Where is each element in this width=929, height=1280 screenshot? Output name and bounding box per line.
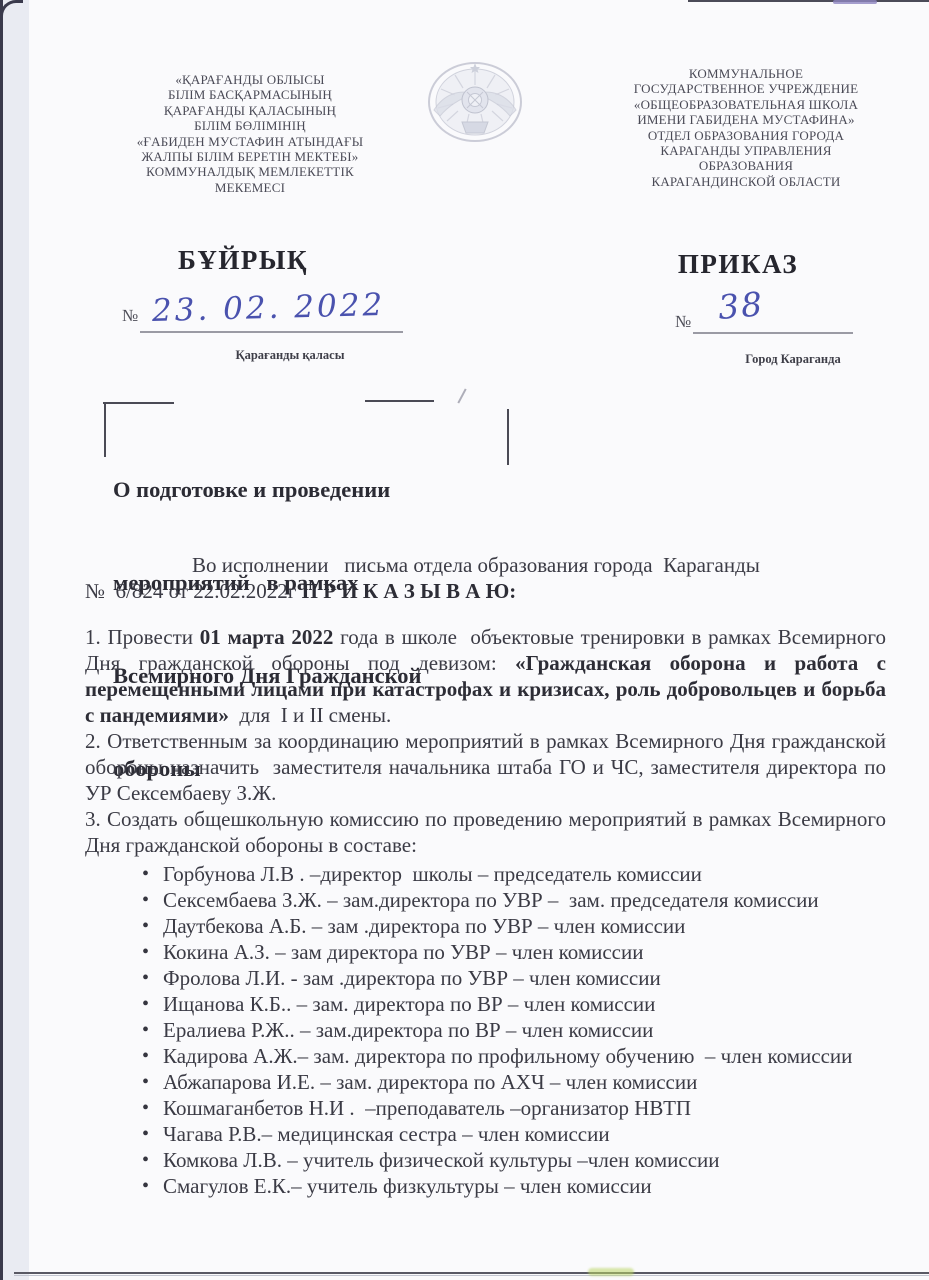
org-right-line: ОТДЕЛ ОБРАЗОВАНИЯ ГОРОДА bbox=[588, 128, 904, 143]
commission-member: Даутбекова А.Б. – зам .директора по УВР … bbox=[85, 913, 886, 939]
scan-smudge-top bbox=[833, 0, 877, 4]
scan-line-artifact bbox=[103, 402, 174, 404]
org-right-line: КАРАГАНДЫ УПРАВЛЕНИЯ bbox=[588, 143, 904, 158]
org-right-line: ГОСУДАРСТВЕННОЕ УЧРЕЖДЕНИЕ bbox=[588, 81, 904, 96]
org-name-kazakh: «ҚАРАҒАНДЫ ОБЛЫСЫ БІЛІМ БАСҚАРМАСЫНЫҢ ҚА… bbox=[96, 72, 404, 195]
commission-member: Комкова Л.В. – учитель физической культу… bbox=[85, 1147, 886, 1173]
number-sign-label: № bbox=[675, 312, 691, 332]
commission-member: Кокина А.З. – зам директора по УВР – чле… bbox=[85, 939, 886, 965]
scan-edge-bottom-shadow bbox=[14, 1275, 929, 1276]
number-sign-label: № bbox=[122, 306, 138, 326]
order-number-handwritten: 38 bbox=[716, 284, 765, 327]
commission-member: Ищанова К.Б.. – зам. директора по ВР – ч… bbox=[85, 991, 886, 1017]
order-title-russian: ПРИКАЗ bbox=[628, 249, 848, 280]
org-left-line: КОММУНАЛДЫҚ МЕМЛЕКЕТТІК bbox=[96, 164, 404, 179]
intro-paragraph: Во исполнении письма отдела образования … bbox=[85, 552, 886, 604]
scanned-order-document: «ҚАРАҒАНДЫ ОБЛЫСЫ БІЛІМ БАСҚАРМАСЫНЫҢ ҚА… bbox=[0, 0, 929, 1280]
order-item-2: 2. Ответственным за координацию мероприя… bbox=[85, 728, 886, 806]
org-name-russian: КОММУНАЛЬНОЕ ГОСУДАРСТВЕННОЕ УЧРЕЖДЕНИЕ … bbox=[588, 66, 904, 189]
org-right-line: ИМЕНИ ГАБИДЕНА МУСТАФИНА» bbox=[588, 112, 904, 127]
item1-date-bold: 01 марта 2022 bbox=[200, 625, 334, 649]
org-left-line: БІЛІМ БАСҚАРМАСЫНЫҢ bbox=[96, 87, 404, 102]
item1-text: 1. Провести bbox=[85, 625, 200, 649]
scan-edge-bottom bbox=[14, 1272, 929, 1274]
scan-line-artifact bbox=[365, 400, 434, 402]
number-underline bbox=[693, 332, 853, 334]
order-item-1: 1. Провести 01 марта 2022 года в школе о… bbox=[85, 624, 886, 728]
order-date-handwritten: 23. 02. 2022 bbox=[152, 287, 386, 329]
org-right-line: КОММУНАЛЬНОЕ bbox=[588, 66, 904, 81]
scan-edge-top-right bbox=[688, 0, 929, 2]
subject-line: О подготовке и проведении bbox=[113, 474, 523, 505]
org-left-line: БІЛІМ БӨЛІМІНІҢ bbox=[96, 118, 404, 133]
order-item-3: 3. Создать общешкольную комиссию по пров… bbox=[85, 806, 886, 858]
commission-member: Смагулов Е.К.– учитель физкультуры – чле… bbox=[85, 1173, 886, 1199]
org-right-line: ОБРАЗОВАНИЯ bbox=[588, 158, 904, 173]
commission-member: Сексембаева З.Ж. – зам.директора по УВР … bbox=[85, 887, 886, 913]
org-right-line: КАРАГАНДИНСКОЙ ОБЛАСТИ bbox=[588, 174, 904, 189]
item1-text: для I и II смены. bbox=[229, 703, 391, 727]
commission-member: Кадирова А.Ж.– зам. директора по профиль… bbox=[85, 1043, 886, 1069]
state-emblem-icon bbox=[426, 58, 524, 146]
org-left-line: МЕКЕМЕСІ bbox=[96, 180, 404, 195]
commission-list: Горбунова Л.В . –директор школы – предсе… bbox=[85, 861, 886, 1199]
place-kazakh: Қарағанды қаласы bbox=[200, 348, 380, 363]
scan-line-artifact bbox=[104, 402, 106, 457]
order-title-kazakh: БҰЙРЫҚ bbox=[133, 245, 353, 276]
org-left-line: «ҚАРАҒАНДЫ ОБЛЫСЫ bbox=[96, 72, 404, 87]
scan-smudge-bottom bbox=[588, 1268, 634, 1276]
scan-scratch-artifact bbox=[457, 388, 466, 403]
number-underline bbox=[140, 331, 403, 333]
commission-member: Кошмаганбетов Н.И . –преподаватель –орга… bbox=[85, 1095, 886, 1121]
prikazyvayu-keyword: П Р И К А З Ы В А Ю: bbox=[302, 579, 517, 603]
commission-member: Горбунова Л.В . –директор школы – предсе… bbox=[85, 861, 886, 887]
org-left-line: ЖАЛПЫ БІЛІМ БЕРЕТІН МЕКТЕБІ» bbox=[96, 149, 404, 164]
order-body: Во исполнении письма отдела образования … bbox=[85, 552, 886, 1199]
commission-member: Ералиева Р.Ж.. – зам.директора по ВР – ч… bbox=[85, 1017, 886, 1043]
org-left-line: ҚАРАҒАНДЫ ҚАЛАСЫНЫҢ bbox=[96, 103, 404, 118]
commission-member: Чагава Р.В.– медицинская сестра – член к… bbox=[85, 1121, 886, 1147]
org-right-line: «ОБЩЕОБРАЗОВАТЕЛЬНАЯ ШКОЛА bbox=[588, 97, 904, 112]
scan-edge-left bbox=[0, 0, 29, 1280]
commission-member: Фролова Л.И. - зам .директора по УВР – ч… bbox=[85, 965, 886, 991]
place-russian: Город Караганда bbox=[713, 352, 873, 367]
org-left-line: «ҒАБИДЕН МУСТАФИН АТЫНДАҒЫ bbox=[96, 134, 404, 149]
commission-member: Абжапарова И.Е. – зам. директора по АХЧ … bbox=[85, 1069, 886, 1095]
